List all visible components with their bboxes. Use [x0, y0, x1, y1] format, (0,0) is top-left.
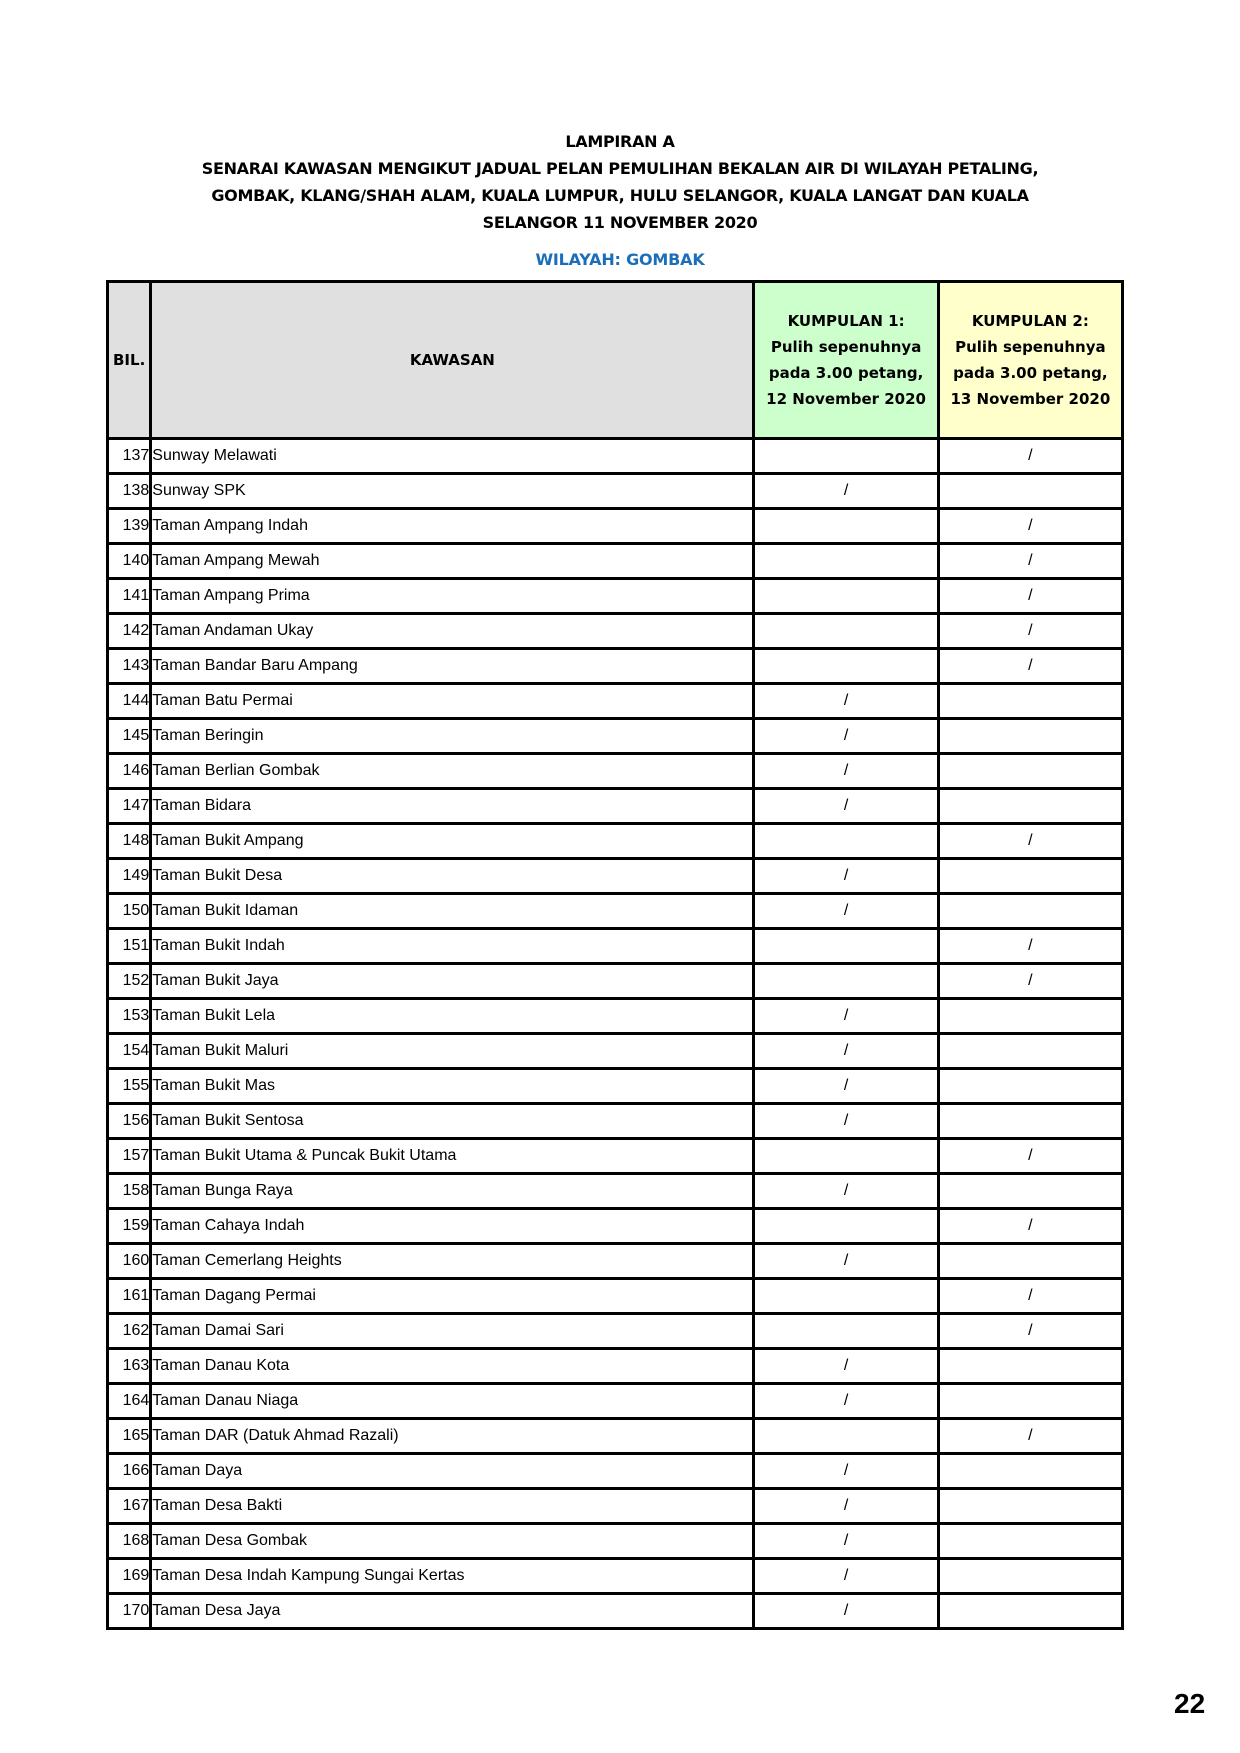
kumpulan-2-mark: / [938, 614, 1122, 649]
kumpulan-1-mark [754, 929, 938, 964]
kumpulan-2-mark: / [938, 1419, 1122, 1454]
row-number: 156 [108, 1104, 151, 1139]
table-row: 141Taman Ampang Prima/ [108, 579, 1123, 614]
header-line: Pulih sepenuhnya [940, 334, 1121, 360]
row-number: 155 [108, 1069, 151, 1104]
table-row: 148Taman Bukit Ampang/ [108, 824, 1123, 859]
table-row: 142Taman Andaman Ukay/ [108, 614, 1123, 649]
area-name: Taman Ampang Indah [151, 509, 754, 544]
area-name: Taman Bukit Mas [151, 1069, 754, 1104]
table-row: 157Taman Bukit Utama & Puncak Bukit Utam… [108, 1139, 1123, 1174]
table-row: 147Taman Bidara/ [108, 789, 1123, 824]
kumpulan-2-mark: / [938, 439, 1122, 474]
title-line: SENARAI KAWASAN MENGIKUT JADUAL PELAN PE… [0, 155, 1240, 182]
row-number: 161 [108, 1279, 151, 1314]
table-row: 146Taman Berlian Gombak/ [108, 754, 1123, 789]
kumpulan-2-mark: / [938, 929, 1122, 964]
kumpulan-1-mark: / [754, 754, 938, 789]
area-name: Taman Ampang Prima [151, 579, 754, 614]
kumpulan-1-mark: / [754, 474, 938, 509]
row-number: 168 [108, 1524, 151, 1559]
kumpulan-1-mark: / [754, 1384, 938, 1419]
area-name: Taman Andaman Ukay [151, 614, 754, 649]
table-row: 162Taman Damai Sari/ [108, 1314, 1123, 1349]
table-row: 150Taman Bukit Idaman/ [108, 894, 1123, 929]
kumpulan-1-mark [754, 824, 938, 859]
kumpulan-1-mark: / [754, 1489, 938, 1524]
row-number: 165 [108, 1419, 151, 1454]
area-name: Taman Bukit Ampang [151, 824, 754, 859]
row-number: 163 [108, 1349, 151, 1384]
kumpulan-2-mark [938, 1349, 1122, 1384]
row-number: 141 [108, 579, 151, 614]
title-line: LAMPIRAN A [0, 128, 1240, 155]
kumpulan-1-mark [754, 1209, 938, 1244]
area-name: Taman DAR (Datuk Ahmad Razali) [151, 1419, 754, 1454]
kumpulan-2-mark [938, 1069, 1122, 1104]
table-row: 165Taman DAR (Datuk Ahmad Razali)/ [108, 1419, 1123, 1454]
kumpulan-1-mark: / [754, 1454, 938, 1489]
table-row: 158Taman Bunga Raya/ [108, 1174, 1123, 1209]
table-row: 139Taman Ampang Indah/ [108, 509, 1123, 544]
area-name: Taman Desa Bakti [151, 1489, 754, 1524]
area-schedule-table: BIL. KAWASAN KUMPULAN 1: Pulih sepenuhny… [106, 280, 1124, 1630]
area-name: Taman Bunga Raya [151, 1174, 754, 1209]
header-line: pada 3.00 petang, [940, 360, 1121, 386]
area-name: Sunway SPK [151, 474, 754, 509]
area-name: Taman Bukit Utama & Puncak Bukit Utama [151, 1139, 754, 1174]
area-name: Taman Danau Kota [151, 1349, 754, 1384]
kumpulan-1-mark [754, 614, 938, 649]
header-line: KUMPULAN 2: [940, 308, 1121, 334]
kumpulan-1-mark [754, 1419, 938, 1454]
table-row: 168Taman Desa Gombak/ [108, 1524, 1123, 1559]
kumpulan-1-mark [754, 649, 938, 684]
kumpulan-1-mark: / [754, 1349, 938, 1384]
row-number: 149 [108, 859, 151, 894]
row-number: 170 [108, 1594, 151, 1629]
row-number: 144 [108, 684, 151, 719]
kumpulan-1-mark: / [754, 719, 938, 754]
header-line: 12 November 2020 [755, 386, 936, 412]
area-name: Taman Bukit Maluri [151, 1034, 754, 1069]
table-row: 159Taman Cahaya Indah/ [108, 1209, 1123, 1244]
area-name: Taman Bukit Desa [151, 859, 754, 894]
kumpulan-2-mark [938, 789, 1122, 824]
table-row: 161Taman Dagang Permai/ [108, 1279, 1123, 1314]
row-number: 158 [108, 1174, 151, 1209]
area-name: Taman Beringin [151, 719, 754, 754]
table-row: 144Taman Batu Permai/ [108, 684, 1123, 719]
kumpulan-1-mark [754, 1314, 938, 1349]
table-row: 156Taman Bukit Sentosa/ [108, 1104, 1123, 1139]
kumpulan-2-mark: / [938, 964, 1122, 999]
kumpulan-2-mark [938, 1174, 1122, 1209]
row-number: 152 [108, 964, 151, 999]
table-header-row: BIL. KAWASAN KUMPULAN 1: Pulih sepenuhny… [108, 282, 1123, 439]
row-number: 140 [108, 544, 151, 579]
header-kumpulan-2: KUMPULAN 2: Pulih sepenuhnya pada 3.00 p… [938, 282, 1122, 439]
header-line: pada 3.00 petang, [755, 360, 936, 386]
table-row: 169Taman Desa Indah Kampung Sungai Kerta… [108, 1559, 1123, 1594]
table-row: 149Taman Bukit Desa/ [108, 859, 1123, 894]
row-number: 145 [108, 719, 151, 754]
row-number: 153 [108, 999, 151, 1034]
kumpulan-1-mark: / [754, 1594, 938, 1629]
table-row: 138Sunway SPK/ [108, 474, 1123, 509]
kumpulan-2-mark [938, 684, 1122, 719]
kumpulan-2-mark: / [938, 1314, 1122, 1349]
area-name: Taman Cemerlang Heights [151, 1244, 754, 1279]
area-name: Taman Bidara [151, 789, 754, 824]
row-number: 164 [108, 1384, 151, 1419]
kumpulan-1-mark: / [754, 859, 938, 894]
kumpulan-1-mark [754, 1139, 938, 1174]
header-line: KUMPULAN 1: [755, 308, 936, 334]
page-number: 22 [1174, 1688, 1205, 1720]
area-name: Taman Bukit Jaya [151, 964, 754, 999]
kumpulan-2-mark [938, 719, 1122, 754]
kumpulan-2-mark [938, 474, 1122, 509]
kumpulan-2-mark [938, 1034, 1122, 1069]
row-number: 154 [108, 1034, 151, 1069]
kumpulan-2-mark [938, 1104, 1122, 1139]
kumpulan-1-mark: / [754, 789, 938, 824]
area-name: Taman Desa Jaya [151, 1594, 754, 1629]
kumpulan-2-mark [938, 1384, 1122, 1419]
kumpulan-2-mark [938, 859, 1122, 894]
area-name: Taman Ampang Mewah [151, 544, 754, 579]
kumpulan-1-mark: / [754, 1559, 938, 1594]
header-kawasan: KAWASAN [151, 282, 754, 439]
table-row: 140Taman Ampang Mewah/ [108, 544, 1123, 579]
kumpulan-2-mark: / [938, 1139, 1122, 1174]
row-number: 162 [108, 1314, 151, 1349]
table-row: 154Taman Bukit Maluri/ [108, 1034, 1123, 1069]
table-row: 160Taman Cemerlang Heights/ [108, 1244, 1123, 1279]
kumpulan-2-mark [938, 1524, 1122, 1559]
header-line: 13 November 2020 [940, 386, 1121, 412]
table-row: 164Taman Danau Niaga/ [108, 1384, 1123, 1419]
kumpulan-2-mark: / [938, 824, 1122, 859]
kumpulan-2-mark [938, 754, 1122, 789]
document-title: LAMPIRAN A SENARAI KAWASAN MENGIKUT JADU… [0, 128, 1240, 236]
row-number: 139 [108, 509, 151, 544]
area-name: Taman Cahaya Indah [151, 1209, 754, 1244]
row-number: 143 [108, 649, 151, 684]
table-body: 137Sunway Melawati/138Sunway SPK/139Tama… [108, 439, 1123, 1629]
row-number: 159 [108, 1209, 151, 1244]
kumpulan-2-mark [938, 1559, 1122, 1594]
kumpulan-2-mark [938, 894, 1122, 929]
area-name: Taman Danau Niaga [151, 1384, 754, 1419]
area-name: Taman Bandar Baru Ampang [151, 649, 754, 684]
table-row: 151Taman Bukit Indah/ [108, 929, 1123, 964]
kumpulan-2-mark: / [938, 1209, 1122, 1244]
kumpulan-2-mark: / [938, 509, 1122, 544]
region-label: WILAYAH: GOMBAK [0, 250, 1240, 269]
kumpulan-2-mark [938, 1594, 1122, 1629]
area-name: Taman Bukit Indah [151, 929, 754, 964]
kumpulan-2-mark [938, 1244, 1122, 1279]
row-number: 147 [108, 789, 151, 824]
kumpulan-1-mark: / [754, 1069, 938, 1104]
header-kumpulan-1: KUMPULAN 1: Pulih sepenuhnya pada 3.00 p… [754, 282, 938, 439]
area-name: Taman Damai Sari [151, 1314, 754, 1349]
table-row: 155Taman Bukit Mas/ [108, 1069, 1123, 1104]
kumpulan-1-mark [754, 1279, 938, 1314]
table-row: 166Taman Daya/ [108, 1454, 1123, 1489]
area-name: Taman Bukit Idaman [151, 894, 754, 929]
table-row: 143Taman Bandar Baru Ampang/ [108, 649, 1123, 684]
area-name: Taman Desa Gombak [151, 1524, 754, 1559]
row-number: 160 [108, 1244, 151, 1279]
row-number: 157 [108, 1139, 151, 1174]
row-number: 169 [108, 1559, 151, 1594]
area-name: Taman Daya [151, 1454, 754, 1489]
area-name: Taman Desa Indah Kampung Sungai Kertas [151, 1559, 754, 1594]
area-name: Taman Bukit Lela [151, 999, 754, 1034]
row-number: 137 [108, 439, 151, 474]
area-name: Sunway Melawati [151, 439, 754, 474]
row-number: 148 [108, 824, 151, 859]
header-bil: BIL. [108, 282, 151, 439]
row-number: 138 [108, 474, 151, 509]
area-name: Taman Dagang Permai [151, 1279, 754, 1314]
row-number: 167 [108, 1489, 151, 1524]
table-row: 153Taman Bukit Lela/ [108, 999, 1123, 1034]
kumpulan-2-mark: / [938, 1279, 1122, 1314]
row-number: 150 [108, 894, 151, 929]
table-row: 137Sunway Melawati/ [108, 439, 1123, 474]
kumpulan-1-mark: / [754, 999, 938, 1034]
table-row: 152Taman Bukit Jaya/ [108, 964, 1123, 999]
kumpulan-1-mark: / [754, 1104, 938, 1139]
row-number: 146 [108, 754, 151, 789]
kumpulan-2-mark: / [938, 579, 1122, 614]
header-line: Pulih sepenuhnya [755, 334, 936, 360]
area-name: Taman Bukit Sentosa [151, 1104, 754, 1139]
kumpulan-1-mark: / [754, 684, 938, 719]
kumpulan-1-mark: / [754, 1174, 938, 1209]
table-row: 170Taman Desa Jaya/ [108, 1594, 1123, 1629]
kumpulan-2-mark: / [938, 649, 1122, 684]
row-number: 151 [108, 929, 151, 964]
kumpulan-2-mark [938, 999, 1122, 1034]
kumpulan-2-mark: / [938, 544, 1122, 579]
row-number: 166 [108, 1454, 151, 1489]
kumpulan-2-mark [938, 1454, 1122, 1489]
kumpulan-1-mark: / [754, 894, 938, 929]
area-name: Taman Berlian Gombak [151, 754, 754, 789]
kumpulan-1-mark: / [754, 1524, 938, 1559]
title-line: SELANGOR 11 NOVEMBER 2020 [0, 209, 1240, 236]
kumpulan-1-mark [754, 544, 938, 579]
kumpulan-1-mark [754, 439, 938, 474]
kumpulan-1-mark [754, 964, 938, 999]
title-line: GOMBAK, KLANG/SHAH ALAM, KUALA LUMPUR, H… [0, 182, 1240, 209]
kumpulan-1-mark [754, 509, 938, 544]
kumpulan-1-mark: / [754, 1034, 938, 1069]
kumpulan-1-mark: / [754, 1244, 938, 1279]
kumpulan-1-mark [754, 579, 938, 614]
table-row: 163Taman Danau Kota/ [108, 1349, 1123, 1384]
table-row: 167Taman Desa Bakti/ [108, 1489, 1123, 1524]
table-row: 145Taman Beringin/ [108, 719, 1123, 754]
area-name: Taman Batu Permai [151, 684, 754, 719]
kumpulan-2-mark [938, 1489, 1122, 1524]
row-number: 142 [108, 614, 151, 649]
